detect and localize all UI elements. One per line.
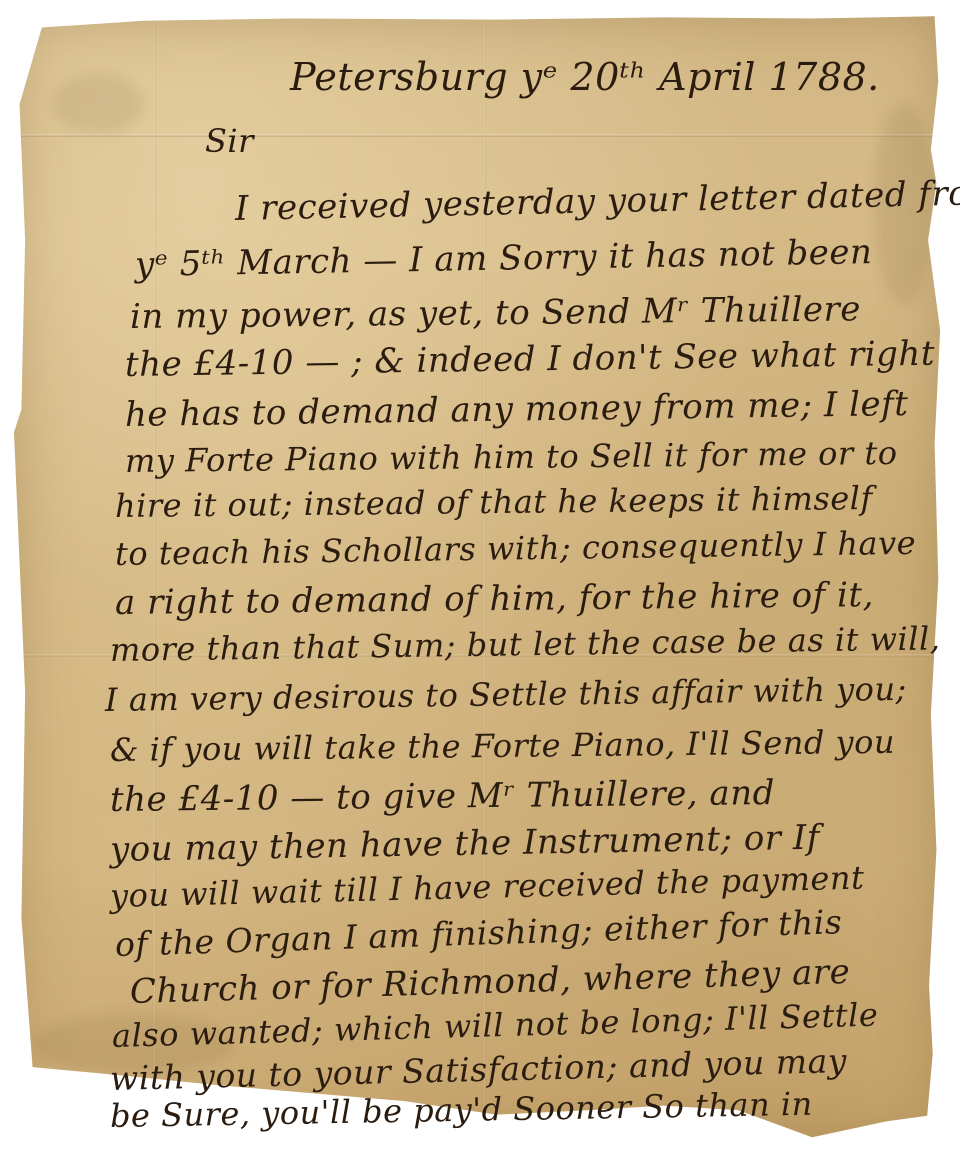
body-line: I am very desirous to Settle this affair…	[105, 673, 907, 716]
body-line: more than that Sum; but let the case be …	[110, 622, 941, 666]
dateline: Petersburg yᵉ 20ᵗʰ April 1788.	[290, 58, 880, 96]
body-line: hire it out; instead of that he keeps it…	[115, 482, 873, 522]
body-line: & if you will take the Forte Piano, I'll…	[110, 726, 895, 766]
body-line: of the Organ I am finishing; either for …	[114, 905, 842, 961]
body-line: the £4-10 — to give Mʳ Thuillere, and	[110, 776, 775, 817]
salutation: Sir	[205, 125, 254, 157]
body-line: I received yesterday your letter dated f…	[235, 176, 960, 226]
body-line: in my power, as yet, to Send Mʳ Thuiller…	[130, 292, 861, 334]
body-line: the £4-10 — ; & indeed I don't See what …	[125, 337, 935, 382]
body-line: yᵉ 5ᵗʰ March — I am Sorry it has not bee…	[135, 235, 873, 282]
body-line: you may then have the Instrument; or If	[110, 821, 820, 867]
body-line: my Forte Piano with him to Sell it for m…	[125, 437, 898, 477]
letter-text: Petersburg yᵉ 20ᵗʰ April 1788. Sir I rec…	[0, 0, 960, 1162]
body-line: to teach his Schollars with; consequentl…	[115, 527, 917, 570]
body-line: a right to demand of him, for the hire o…	[115, 578, 874, 620]
body-line: be Sure, you'll be pay'd Sooner So than …	[110, 1088, 813, 1132]
body-line: he has to demand any money from me; I le…	[125, 387, 909, 432]
